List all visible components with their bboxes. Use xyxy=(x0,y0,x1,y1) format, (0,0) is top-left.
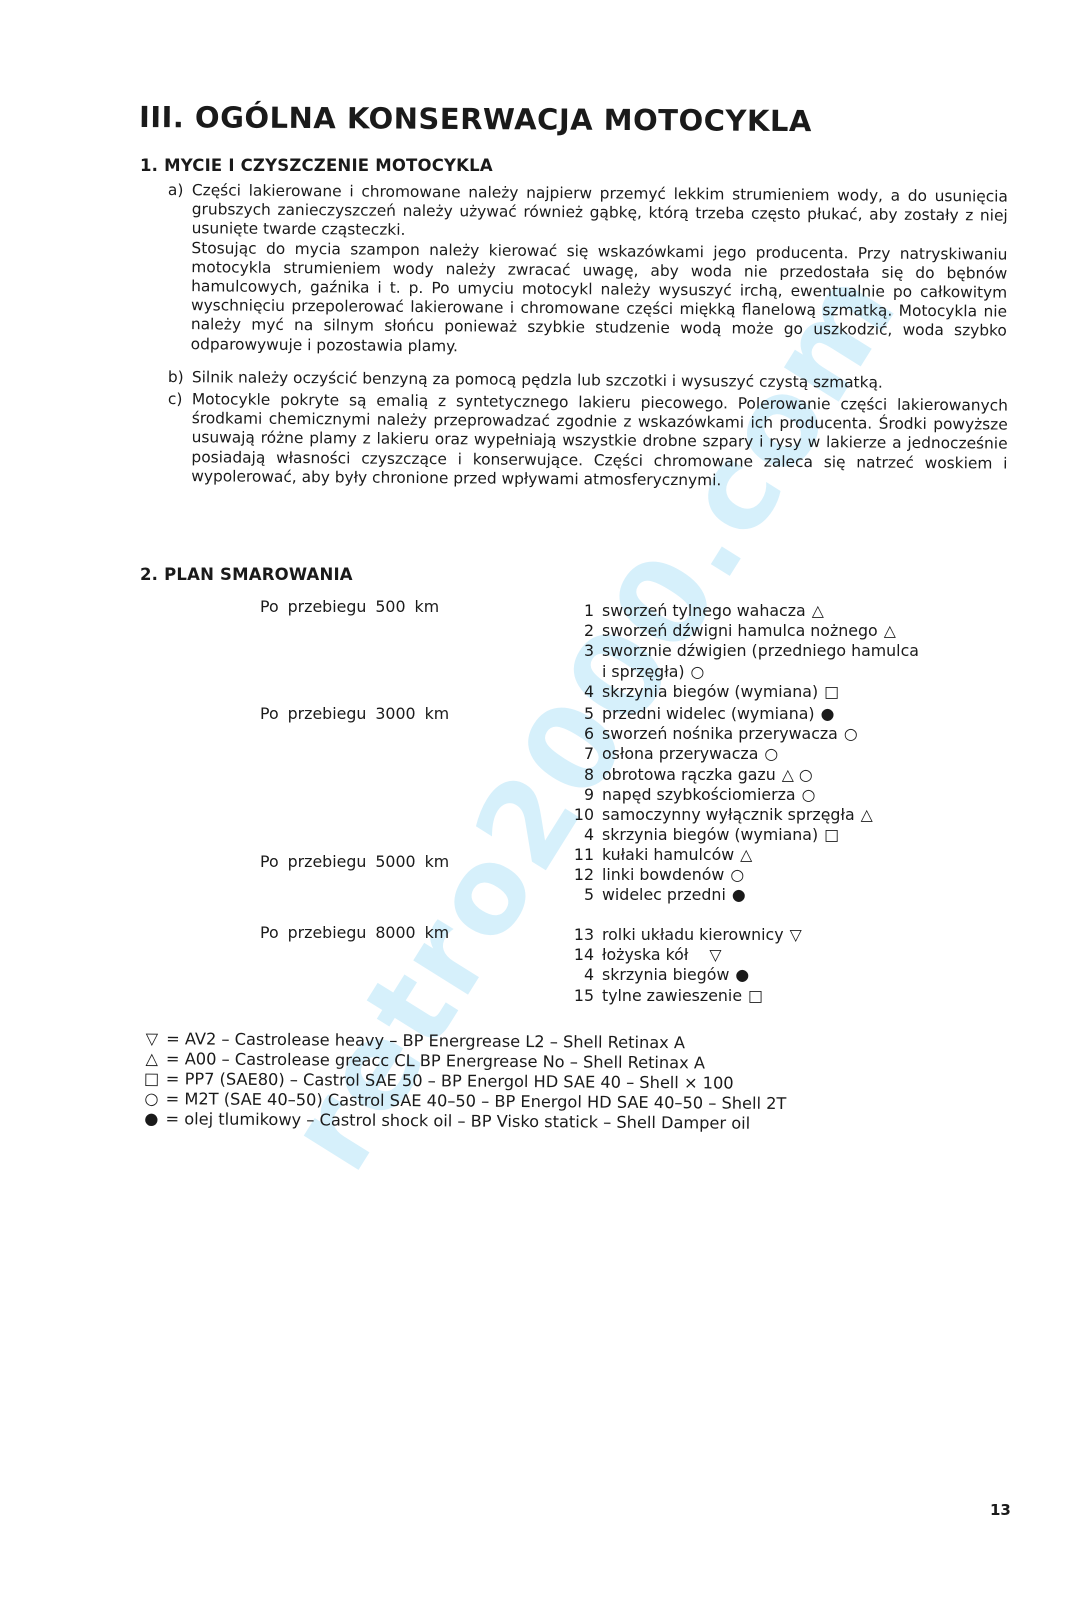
item-text: linki bowdenów xyxy=(602,865,724,885)
list-item: 5widelec przedni● xyxy=(568,885,752,905)
triangle-down-icon: ▽ xyxy=(143,1029,161,1049)
list-item: 13rolki układu kierownicy▽ xyxy=(568,925,802,945)
triangle-up-icon: △ xyxy=(740,845,752,865)
square-icon: □ xyxy=(748,986,763,1006)
item-number: 6 xyxy=(568,724,602,744)
item-number: 12 xyxy=(568,865,602,885)
circle-icon: ○ xyxy=(844,724,858,744)
interval-label: Po przebiegu 8000 km xyxy=(260,923,449,942)
list-item: 6sworzeń nośnika przerywacza○ xyxy=(568,724,873,744)
paragraph-a: a) Części lakierowane i chromowane należ… xyxy=(167,181,1008,360)
triangle-up-icon: △ xyxy=(143,1049,161,1069)
list-item: 14łożyska kół ▽ xyxy=(568,945,802,965)
paragraph-a-label: a) xyxy=(168,181,192,239)
list-item: 12linki bowdenów○ xyxy=(568,865,752,885)
paragraph-c-label: c) xyxy=(167,390,192,486)
list-item: 10samoczynny wyłącznik sprzęgła△ xyxy=(568,805,873,825)
list-item: 4skrzynia biegów (wymiana)□ xyxy=(568,682,919,702)
item-number: 10 xyxy=(568,805,602,825)
item-text: sworzeń dźwigni hamulca nożnego xyxy=(602,621,878,641)
list-item: 8obrotowa rączka gazu△ ○ xyxy=(568,765,873,785)
item-number: 7 xyxy=(568,744,602,764)
filled-circle-icon: ● xyxy=(735,965,749,985)
circle-icon: ○ xyxy=(142,1089,160,1109)
interval-items: 5przedni widelec (wymiana)●6sworzeń nośn… xyxy=(568,704,873,845)
interval-label: Po przebiegu 3000 km xyxy=(260,704,449,723)
triangle-up-icon: △ xyxy=(884,621,896,641)
item-number: 14 xyxy=(568,945,602,965)
item-number: 4 xyxy=(568,965,602,985)
square-icon: □ xyxy=(824,825,839,845)
triangle-up-icon: △ xyxy=(812,601,824,621)
triangle-up-icon: △ ○ xyxy=(782,765,813,785)
list-item: 15tylne zawieszenie□ xyxy=(568,986,802,1006)
paragraph-b-label: b) xyxy=(168,368,192,387)
item-text: skrzynia biegów (wymiana) xyxy=(602,825,818,845)
item-text: napęd szybkościomierza xyxy=(602,785,796,805)
item-text: i sprzęgła) xyxy=(602,662,685,682)
section-2-title: 2. PLAN SMAROWANIA xyxy=(140,565,353,584)
square-icon: □ xyxy=(143,1069,161,1089)
chapter-title: III. OGÓLNA KONSERWACJA MOTOCYKLA xyxy=(139,100,812,138)
paragraph-c-text: Motocykle pokryte są emalią z syntetyczn… xyxy=(191,390,1008,492)
paragraph-a-text-2: Stosując do mycia szampon należy kierowa… xyxy=(167,239,1008,361)
list-item: 9napęd szybkościomierza○ xyxy=(568,785,873,805)
item-text: tylne zawieszenie xyxy=(602,986,742,1006)
interval-items: 13rolki układu kierownicy▽14łożyska kół … xyxy=(568,925,802,1006)
item-number xyxy=(568,662,602,682)
circle-icon: ○ xyxy=(691,662,705,682)
item-text: kułaki hamulców xyxy=(602,845,734,865)
item-text: widelec przedni xyxy=(602,885,726,905)
item-number: 4 xyxy=(568,825,602,845)
equals-sign: = xyxy=(161,1069,185,1089)
item-text: skrzynia biegów (wymiana) xyxy=(602,682,818,702)
list-item: i sprzęgła)○ xyxy=(568,662,919,682)
list-item: 7osłona przerywacza○ xyxy=(568,744,873,764)
item-text: samoczynny wyłącznik sprzęgła xyxy=(602,805,855,825)
list-item: 1sworzeń tylnego wahacza△ xyxy=(568,601,919,621)
item-number: 15 xyxy=(568,986,602,1006)
item-text: łożyska kół xyxy=(602,945,688,965)
item-text: skrzynia biegów xyxy=(602,965,729,985)
list-item: 5przedni widelec (wymiana)● xyxy=(568,704,873,724)
item-text: osłona przerywacza xyxy=(602,744,758,764)
item-number: 9 xyxy=(568,785,602,805)
equals-sign: = xyxy=(161,1029,185,1049)
paragraph-a-text-1: Części lakierowane i chromowane należy n… xyxy=(192,181,1008,245)
filled-circle-icon: ● xyxy=(732,885,746,905)
item-text: rolki układu kierownicy xyxy=(602,925,784,945)
item-number: 13 xyxy=(568,925,602,945)
circle-icon: ○ xyxy=(730,865,744,885)
paragraph-c: c) Motocykle pokryte są emalią z syntety… xyxy=(167,390,1008,493)
circle-icon: ○ xyxy=(764,744,778,764)
triangle-down-icon: ▽ xyxy=(694,945,721,965)
legend-text: olej tlumikowy – Castrol shock oil – BP … xyxy=(184,1109,750,1133)
item-number: 11 xyxy=(568,845,602,865)
interval-items: 1sworzeń tylnego wahacza△2sworzeń dźwign… xyxy=(568,601,919,702)
interval-label: Po przebiegu 500 km xyxy=(260,597,439,616)
interval-label: Po przebiegu 5000 km xyxy=(260,852,449,871)
item-number: 4 xyxy=(568,682,602,702)
item-number: 3 xyxy=(568,641,602,661)
page-number: 13 xyxy=(990,1501,1011,1519)
list-item: 4skrzynia biegów (wymiana)□ xyxy=(568,825,873,845)
lubricant-legend: ▽=AV2 – Castrolease heavy – BP Energreas… xyxy=(142,1029,787,1134)
item-number: 1 xyxy=(568,601,602,621)
section-1-title: 1. MYCIE I CZYSZCZENIE MOTOCYKLA xyxy=(140,156,493,175)
triangle-up-icon: △ xyxy=(861,805,873,825)
item-number: 5 xyxy=(568,704,602,724)
equals-sign: = xyxy=(160,1109,184,1129)
list-item: 3sworznie dźwigien (przedniego hamulca xyxy=(568,641,919,661)
item-text: sworznie dźwigien (przedniego hamulca xyxy=(602,641,919,661)
square-icon: □ xyxy=(824,682,839,702)
filled-circle-icon: ● xyxy=(821,704,835,724)
item-text: sworzeń nośnika przerywacza xyxy=(602,724,838,744)
interval-items: 11kułaki hamulców△12linki bowdenów○5wide… xyxy=(568,845,752,906)
item-text: przedni widelec (wymiana) xyxy=(602,704,815,724)
triangle-down-icon: ▽ xyxy=(790,925,802,945)
list-item: 11kułaki hamulców△ xyxy=(568,845,752,865)
item-text: sworzeń tylnego wahacza xyxy=(602,601,806,621)
equals-sign: = xyxy=(160,1089,184,1109)
equals-sign: = xyxy=(161,1049,185,1069)
circle-icon: ○ xyxy=(802,785,816,805)
item-number: 5 xyxy=(568,885,602,905)
item-text: obrotowa rączka gazu xyxy=(602,765,776,785)
item-number: 2 xyxy=(568,621,602,641)
list-item: 4skrzynia biegów● xyxy=(568,965,802,985)
item-number: 8 xyxy=(568,765,602,785)
list-item: 2sworzeń dźwigni hamulca nożnego△ xyxy=(568,621,919,641)
legend-item: ●=olej tlumikowy – Castrol shock oil – B… xyxy=(142,1109,786,1134)
filled-circle-icon: ● xyxy=(142,1109,160,1129)
